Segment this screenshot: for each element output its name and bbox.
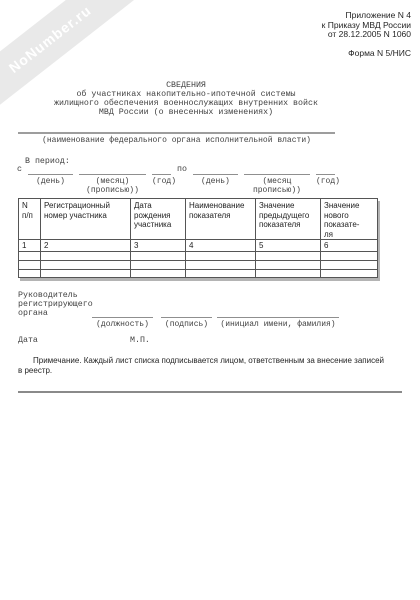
- signatory-role-line-2: регистрирующего: [18, 300, 93, 309]
- month-caption-2: (прописью)): [79, 186, 146, 195]
- signatory-role-line-3: органа: [18, 309, 93, 318]
- empty-cell: [131, 261, 186, 270]
- month-caption: (месяц): [79, 177, 146, 186]
- empty-cell: [256, 270, 321, 278]
- blank-line: [316, 165, 335, 175]
- col-header-new-value: Значение нового показате- ля: [321, 199, 378, 240]
- column-number: 4: [186, 240, 256, 252]
- form-title-line-1: СВЕДЕНИЯ: [10, 81, 362, 90]
- empty-cell: [131, 252, 186, 261]
- changes-table: N п/п Регистрационный номер участника Да…: [18, 198, 378, 278]
- column-number: 3: [131, 240, 186, 252]
- period-to-year-field: (год): [316, 165, 335, 186]
- empty-cell: [41, 252, 131, 261]
- empty-cell: [256, 261, 321, 270]
- col-header-birth-date: Дата рождения участника: [131, 199, 186, 240]
- column-number: 6: [321, 240, 378, 252]
- bottom-divider: [18, 391, 402, 393]
- empty-cell: [19, 270, 41, 278]
- empty-cell: [186, 270, 256, 278]
- name-caption: (инициал имени, фамилия): [217, 320, 339, 329]
- month-caption-2: прописью)): [244, 186, 310, 195]
- period-to-prefix: по: [177, 165, 187, 174]
- column-number: 1: [19, 240, 41, 252]
- footnote-line-1: Примечание. Каждый лист списка подписыва…: [18, 356, 406, 366]
- footnote-line-2: в реестр.: [18, 366, 406, 376]
- name-blank-field: [217, 310, 339, 318]
- empty-cell: [321, 252, 378, 261]
- signatory-role-line-1: Руководитель: [18, 291, 93, 300]
- empty-table-row: [19, 270, 378, 278]
- empty-cell: [256, 252, 321, 261]
- column-number: 2: [41, 240, 131, 252]
- empty-cell: [19, 252, 41, 261]
- signature-caption: (подпись): [161, 320, 212, 329]
- position-blank-field: [92, 310, 153, 318]
- column-numbers-row: 1 2 3 4 5 6: [19, 240, 378, 252]
- year-caption: (год): [316, 177, 335, 186]
- date-label: Дата: [18, 336, 38, 345]
- col-header-indicator-name: Наименование показателя: [186, 199, 256, 240]
- signature-blank-field: [161, 310, 212, 318]
- period-from-month-field: (месяц) (прописью)): [79, 165, 146, 195]
- form-title-line-3: жилищного обеспечения военнослужащих вну…: [10, 99, 362, 108]
- col-header-prev-value: Значение предыдущего показателя: [256, 199, 321, 240]
- signatory-role: Руководитель регистрирующего органа: [18, 291, 93, 318]
- org-name-blank-field: [18, 123, 335, 134]
- year-caption: (год): [152, 177, 171, 186]
- month-caption: (месяц: [244, 177, 310, 186]
- blank-line: [244, 165, 310, 175]
- empty-table-row: [19, 252, 378, 261]
- form-title-line-4: МВД России (о внесенных изменениях): [10, 108, 362, 117]
- period-to-day-field: (день): [193, 165, 238, 186]
- empty-cell: [41, 261, 131, 270]
- period-to-month-field: (месяц прописью)): [244, 165, 310, 195]
- form-number: Форма N 5/НИС: [322, 49, 411, 59]
- form-title-line-2: об участниках накопительно-ипотечной сис…: [10, 90, 362, 99]
- blank-line: [152, 165, 171, 175]
- document-page: Приложение N 4 к Приказу МВД России от 2…: [0, 0, 420, 600]
- form-title: СВЕДЕНИЯ об участниках накопительно-ипот…: [10, 81, 362, 117]
- period-row: с (день) (месяц) (прописью)) (год) по (д…: [17, 165, 335, 195]
- blank-line: [193, 165, 238, 175]
- position-caption: (должность): [92, 320, 153, 329]
- column-number: 5: [256, 240, 321, 252]
- blank-line: [79, 165, 146, 175]
- day-caption: (день): [193, 177, 238, 186]
- day-caption: (день): [28, 177, 73, 186]
- empty-cell: [186, 261, 256, 270]
- stamp-label: М.П.: [130, 336, 150, 345]
- empty-cell: [186, 252, 256, 261]
- footnote: Примечание. Каждый лист списка подписыва…: [18, 356, 406, 376]
- org-name-caption: (наименование федерального органа исполн…: [18, 136, 335, 145]
- period-from-day-field: (день): [28, 165, 73, 186]
- empty-cell: [41, 270, 131, 278]
- period-from-year-field: (год): [152, 165, 171, 186]
- col-header-num: N п/п: [19, 199, 41, 240]
- empty-table-row: [19, 261, 378, 270]
- empty-cell: [131, 270, 186, 278]
- blank-line: [28, 165, 73, 175]
- empty-cell: [321, 270, 378, 278]
- col-header-reg-number: Регистрационный номер участника: [41, 199, 131, 240]
- empty-cell: [321, 261, 378, 270]
- period-from-prefix: с: [17, 165, 22, 174]
- appendix-line-3: от 28.12.2005 N 1060: [322, 30, 411, 40]
- empty-cell: [19, 261, 41, 270]
- table-header-row: N п/п Регистрационный номер участника Да…: [19, 199, 378, 240]
- appendix-header: Приложение N 4 к Приказу МВД России от 2…: [322, 11, 411, 58]
